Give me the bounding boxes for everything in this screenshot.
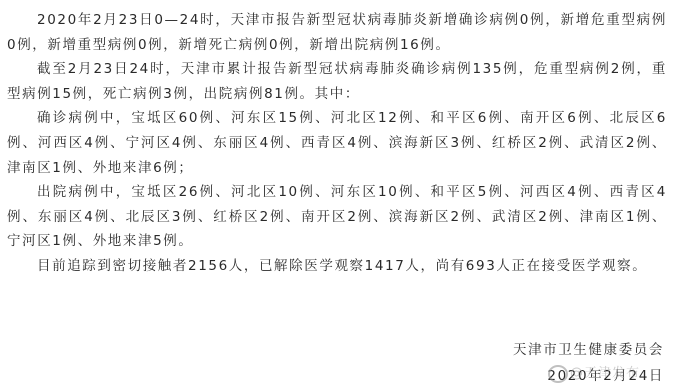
notice-document: 2020年2月23日0—24时，天津市报告新型冠状病毒肺炎新增确诊病例0例，新增… <box>7 8 667 279</box>
paragraph-daily-new: 2020年2月23日0—24时，天津市报告新型冠状病毒肺炎新增确诊病例0例，新增… <box>7 8 667 57</box>
paragraph-confirmed-by-district: 确诊病例中，宝坻区60例、河东区15例、河北区12例、和平区6例、南开区6例、北… <box>7 106 667 180</box>
paragraph-discharged-by-district: 出院病例中，宝坻区26例、河北区10例、河东区10例、和平区5例、河西区4例、西… <box>7 180 667 254</box>
weibo-icon <box>548 365 568 383</box>
watermark-text: @天津发布 <box>570 366 640 381</box>
paragraph-cumulative: 截至2月23日24时，天津市累计报告新型冠状病毒肺炎确诊病例135例，危重型病例… <box>7 57 667 106</box>
signature-organization: 天津市卫生健康委员会 <box>513 338 664 358</box>
paragraph-close-contacts: 目前追踪到密切接触者2156人，已解除医学观察1417人，尚有693人正在接受医… <box>7 254 667 279</box>
weibo-watermark: @天津发布 <box>548 362 668 384</box>
